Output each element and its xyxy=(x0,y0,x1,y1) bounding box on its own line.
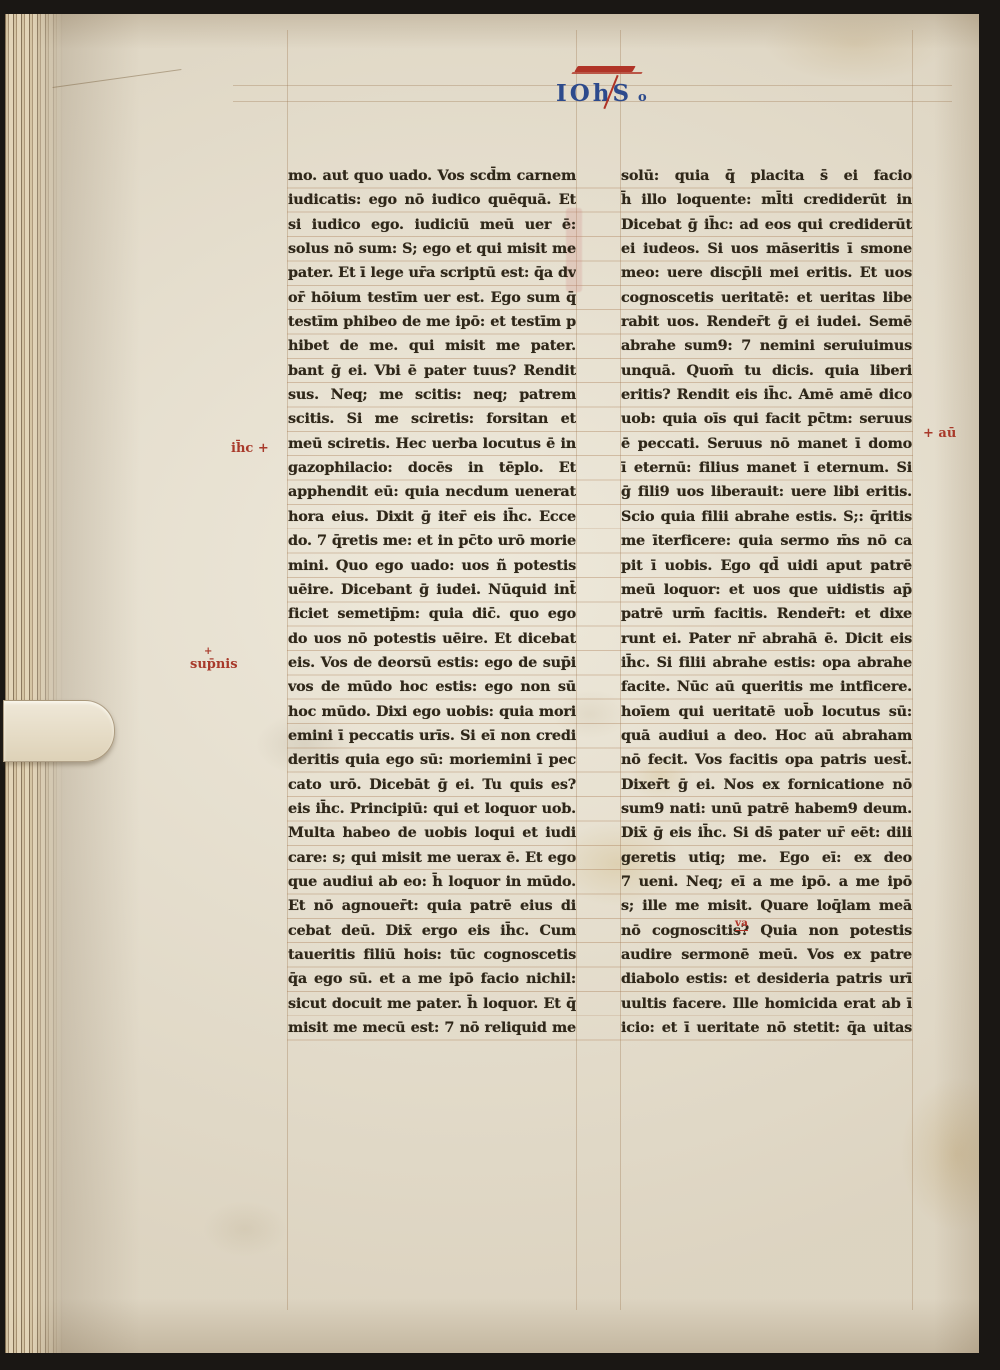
manuscript-line: cognoscetis ueritatē: et ueritas libe xyxy=(621,286,912,310)
manuscript-line: Dicebat ḡ ih̄c: ad eos qui crediderūt xyxy=(621,213,912,237)
text-column-left: mo. aut quo uado. Vos scd̄m carnemiudica… xyxy=(288,164,576,1040)
manuscript-line: nō fecit. Vos facitis opa patris uest̄. xyxy=(621,748,912,772)
manuscript-line: pater. Et ī lege ur̄a scriptū est: q̄a d… xyxy=(288,261,576,285)
title-flourish: o xyxy=(638,90,647,105)
manuscript-line: pit ī uobis. Ego qd̄ uidi aput patrē xyxy=(621,554,912,578)
manuscript-line: h̄ illo loquente: ml̄ti crediderūt in eū… xyxy=(621,188,912,212)
manuscript-line: gazophilacio: docēs in tēplo. Et nemo xyxy=(288,456,576,480)
manuscript-line: Scio quia filii abrahe estis. S;: q̄riti… xyxy=(621,505,912,529)
manuscript-line: geretis utiq; me. Ego eī: ex deo pcessi xyxy=(621,846,912,870)
manuscript-line: nō cognoscitis? Quia non potestis xyxy=(621,919,912,943)
manuscript-line: unquā. Quom̄ tu dicis. quia liberi xyxy=(621,359,912,383)
manuscript-line: taueritis filiū hois: tūc cognoscetis xyxy=(288,943,576,967)
manuscript-line: runt ei. Pater nr̄ abrahā ē. Dicit eis xyxy=(621,627,912,651)
manuscript-line: Dix̄ ḡ eis ih̄c. Si ds̄ pater ur̄ eēt: d… xyxy=(621,821,912,845)
manuscript-line: or̄ hōium testīm uer est. Ego sum q̄ xyxy=(288,286,576,310)
margin-note-ihc: ih̄c + xyxy=(231,442,269,455)
manuscript-line: ē peccati. Seruus nō manet ī domo xyxy=(621,432,912,456)
manuscript-line: apphendit eū: quia necdum uenerat xyxy=(288,480,576,504)
manuscript-line: hoīem qui ueritatē uob̄ locutus sū: xyxy=(621,700,912,724)
interlinear-correction-mark: va xyxy=(735,918,748,931)
manuscript-line: q̄a ego sū. et a me ipō facio nichil: se… xyxy=(288,967,576,991)
page-edge-stack xyxy=(5,14,63,1353)
manuscript-line: meū loquor: et uos que uidistis ap̄ xyxy=(621,578,912,602)
manuscript-line: facite. Nūc aū queritis me intficere. xyxy=(621,675,912,699)
manuscript-line: meū sciretis. Hec uerba locutus ē in xyxy=(288,432,576,456)
manuscript-line: hoc mūdo. Dixi ego uobis: quia mori xyxy=(288,700,576,724)
manuscript-line: patrē urm̄ facitis. Render̄t: et dixe xyxy=(621,602,912,626)
manuscript-line: Dixer̄t ḡ ei. Nos ex fornicatione nō xyxy=(621,773,912,797)
margin-note-au: + aū xyxy=(923,427,956,440)
manuscript-line: eis. Vos de deorsū estis: ego de sup̄i s… xyxy=(288,651,576,675)
manuscript-line: 7 ueni. Neq; eī a me ipō. a me ipō uēi: xyxy=(621,870,912,894)
manuscript-line: s; ille me misit. Quare loq̄lam meā xyxy=(621,894,912,918)
manuscript-line: deritis quia ego sū: moriemini ī pec xyxy=(288,748,576,772)
manuscript-line: sus. Neq; me scitis: neq; patrem meū. xyxy=(288,383,576,407)
binding-tab xyxy=(3,700,115,762)
manuscript-line: care: s; qui misit me uerax ē. Et ego xyxy=(288,846,576,870)
manuscript-line: cebat deū. Dix̄ ergo eis ih̄c. Cum exal xyxy=(288,919,576,943)
running-title: IOhS o xyxy=(552,62,672,112)
manuscript-line: solus nō sum: S; ego et qui misit me xyxy=(288,237,576,261)
manuscript-line: Et nō agnouer̄t: quia patrē eius di xyxy=(288,894,576,918)
manuscript-line: icio: et ī ueritate nō stetit: q̄a uitas xyxy=(621,1016,912,1040)
text-column-right: solū: quia q̄ placita s̄ ei facio semper… xyxy=(621,164,912,1040)
manuscript-line: Multa habeo de uobis loqui et iudi xyxy=(288,821,576,845)
manuscript-line: hibet de me. qui misit me pater. Dice xyxy=(288,334,576,358)
manuscript-line: ficiet semetip̄m: quia dic̄. quo ego va xyxy=(288,602,576,626)
manuscript-line: diabolo estis: et desideria patris urī xyxy=(621,967,912,991)
margin-note-supnis: sup̄nis xyxy=(190,658,238,671)
manuscript-line: ih̄c. Si filii abrahe estis: opa abrahe xyxy=(621,651,912,675)
manuscript-line: solū: quia q̄ placita s̄ ei facio semper… xyxy=(621,164,912,188)
manuscript-line: me īterficere: quia sermo m̄s nō ca xyxy=(621,529,912,553)
margin-note-cross: + xyxy=(204,647,212,657)
manuscript-line: uultis facere. Ille homicida erat ab ī xyxy=(621,992,912,1016)
manuscript-line: meo: uere discp̄li mei eritis. Et uos xyxy=(621,261,912,285)
manuscript-line: rabit uos. Render̄t ḡ ei iudei. Semē xyxy=(621,310,912,334)
manuscript-line: testīm phibeo de me ipō: et testīm p xyxy=(288,310,576,334)
manuscript-line: scitis. Si me sciretis: forsitan et patr… xyxy=(288,407,576,431)
manuscript-line: eis ih̄c. Principiū: qui et loquor uob. xyxy=(288,797,576,821)
manuscript-line: abrahe sum9: 7 nemini seruiuimus xyxy=(621,334,912,358)
manuscript-line: do. 7 q̄retis me: et in pc̄to urō morie xyxy=(288,529,576,553)
manuscript-line: iudicatis: ego nō iudico quēquā. Et xyxy=(288,188,576,212)
manuscript-line: uēire. Dicebant ḡ iudei. Nūquid int̄ xyxy=(288,578,576,602)
manuscript-line: si iudico ego. iudiciū meū uer ē: quia xyxy=(288,213,576,237)
manuscript-line: mini. Quo ego uado: uos ñ potestis xyxy=(288,554,576,578)
manuscript-line: do uos nō potestis uēire. Et dicebat xyxy=(288,627,576,651)
manuscript-line: mo. aut quo uado. Vos scd̄m carnem xyxy=(288,164,576,188)
manuscript-photo: IOhS o mo. aut quo uado. Vos scd̄m carne… xyxy=(0,0,1000,1370)
manuscript-line: uob: quia oīs qui facit pc̄tm: seruus xyxy=(621,407,912,431)
manuscript-line: eritis? Rendit eis ih̄c. Amē amē dico xyxy=(621,383,912,407)
manuscript-line: ḡ fili9 uos liberauit: uere libi eritis. xyxy=(621,480,912,504)
manuscript-line: audire sermonē meū. Vos ex patre xyxy=(621,943,912,967)
manuscript-line: ī eternū: filius manet ī eternum. Si xyxy=(621,456,912,480)
manuscript-line: que audiui ab eo: h̄ loquor in mūdo. xyxy=(288,870,576,894)
manuscript-line: emini ī peccatis urīs. Si eī non credi xyxy=(288,724,576,748)
manuscript-line: quā audiui a deo. Hoc aū abraham xyxy=(621,724,912,748)
running-title-text: IOhS xyxy=(556,80,632,107)
manuscript-line: sum9 nati: unū patrē habem9 deum. xyxy=(621,797,912,821)
manuscript-line: vos de mūdo hoc estis: ego non sū de xyxy=(288,675,576,699)
manuscript-line: hora eius. Dixit ḡ iter̄ eis ih̄c. Ecce … xyxy=(288,505,576,529)
manuscript-line: sicut docuit me pater. h̄ loquor. Et q̄ xyxy=(288,992,576,1016)
manuscript-line: ei iudeos. Si uos māseritis ī smone xyxy=(621,237,912,261)
manuscript-line: misit me mecū est: 7 nō reliquid me xyxy=(288,1016,576,1040)
manuscript-line: cato urō. Dicebāt ḡ ei. Tu quis es? Dix̄ xyxy=(288,773,576,797)
title-red-line-ornament xyxy=(571,72,642,74)
manuscript-line: bant ḡ ei. Vbi ē pater tuus? Rendit ie xyxy=(288,359,576,383)
